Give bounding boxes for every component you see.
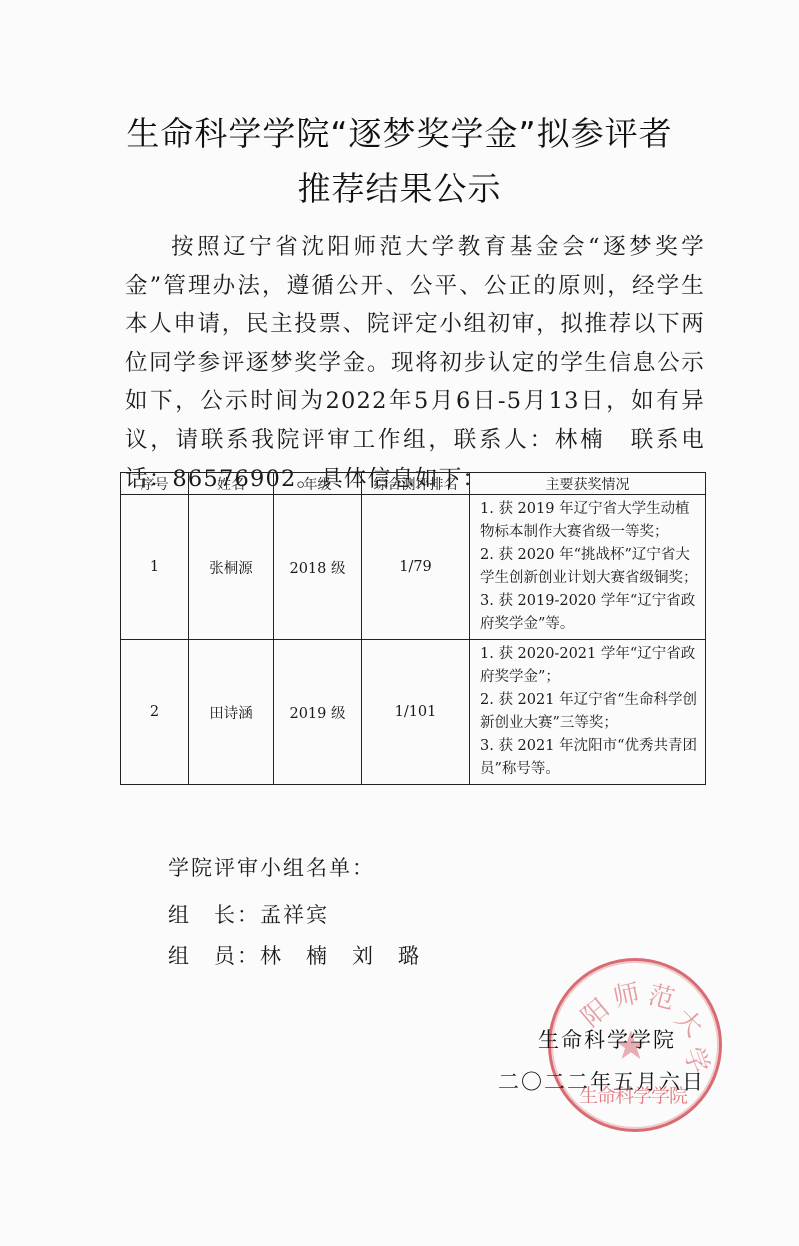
table-header-row: 序号 姓名 年级 综合测评排名 主要获奖情况 — [121, 473, 706, 495]
table-row: 2 田诗涵 2019 级 1/101 1. 获 2020-2021 学年“辽宁省… — [121, 640, 706, 785]
announcement-text: 按照辽宁省沈阳师范大学教育基金会“逐梦奖学金”管理办法，遵循公开、公平、公正的原… — [125, 228, 705, 498]
cell-awards: 1. 获 2020-2021 学年“辽宁省政府奖学金”； 2. 获 2021 年… — [470, 640, 706, 785]
seal-char: 范 — [645, 974, 680, 1016]
candidates-table: 序号 姓名 年级 综合测评排名 主要获奖情况 1 张桐源 2018 级 1/79… — [120, 472, 706, 785]
cell-name: 张桐源 — [189, 495, 274, 640]
cell-awards: 1. 获 2019 年辽宁省大学生动植物标本制作大赛省级一等奖； 2. 获 20… — [470, 495, 706, 640]
cell-rank: 1/79 — [362, 495, 470, 640]
header-rank: 综合测评排名 — [362, 473, 470, 495]
header-name: 姓名 — [189, 473, 274, 495]
seal-char: 师 — [609, 973, 642, 1015]
leader-name: 孟祥宾 — [260, 903, 329, 927]
committee-members: 组 员：林 楠 刘 璐 — [168, 940, 421, 970]
award-item: 1. 获 2020-2021 学年“辽宁省政府奖学金”； — [480, 643, 699, 689]
leader-label: 组 长： — [168, 903, 260, 927]
cell-index: 1 — [121, 495, 189, 640]
award-item: 3. 获 2021 年沈阳市“优秀共青团员”称号等。 — [480, 735, 699, 781]
table-row: 1 张桐源 2018 级 1/79 1. 获 2019 年辽宁省大学生动植物标本… — [121, 495, 706, 640]
cell-rank: 1/101 — [362, 640, 470, 785]
cell-grade: 2018 级 — [274, 495, 362, 640]
committee-title: 学院评审小组名单： — [168, 852, 375, 882]
committee-leader: 组 长：孟祥宾 — [168, 899, 329, 929]
document-title: 生命科学学院“逐梦奖学金”拟参评者 — [0, 108, 799, 155]
cell-index: 2 — [121, 640, 189, 785]
cell-grade: 2019 级 — [274, 640, 362, 785]
award-item: 2. 获 2020 年“挑战杯”辽宁省大学生创新创业计划大赛省级铜奖； — [480, 544, 699, 590]
members-label: 组 员： — [168, 944, 260, 968]
document-subtitle: 推荐结果公示 — [0, 163, 799, 210]
announcement-paragraph: 按照辽宁省沈阳师范大学教育基金会“逐梦奖学金”管理办法，遵循公开、公平、公正的原… — [125, 228, 705, 498]
members-names: 林 楠 刘 璐 — [260, 944, 421, 968]
header-index: 序号 — [121, 473, 189, 495]
award-item: 2. 获 2021 年辽宁省“生命科学创新创业大赛”三等奖； — [480, 689, 699, 735]
award-item: 3. 获 2019-2020 学年“辽宁省政府奖学金”等。 — [480, 590, 699, 636]
header-grade: 年级 — [274, 473, 362, 495]
signature-organization: 生命科学学院 — [538, 1024, 676, 1054]
cell-name: 田诗涵 — [189, 640, 274, 785]
award-item: 1. 获 2019 年辽宁省大学生动植物标本制作大赛省级一等奖； — [480, 498, 699, 544]
header-awards: 主要获奖情况 — [470, 473, 706, 495]
signature-date: 二〇二二年五月六日 — [498, 1066, 705, 1096]
